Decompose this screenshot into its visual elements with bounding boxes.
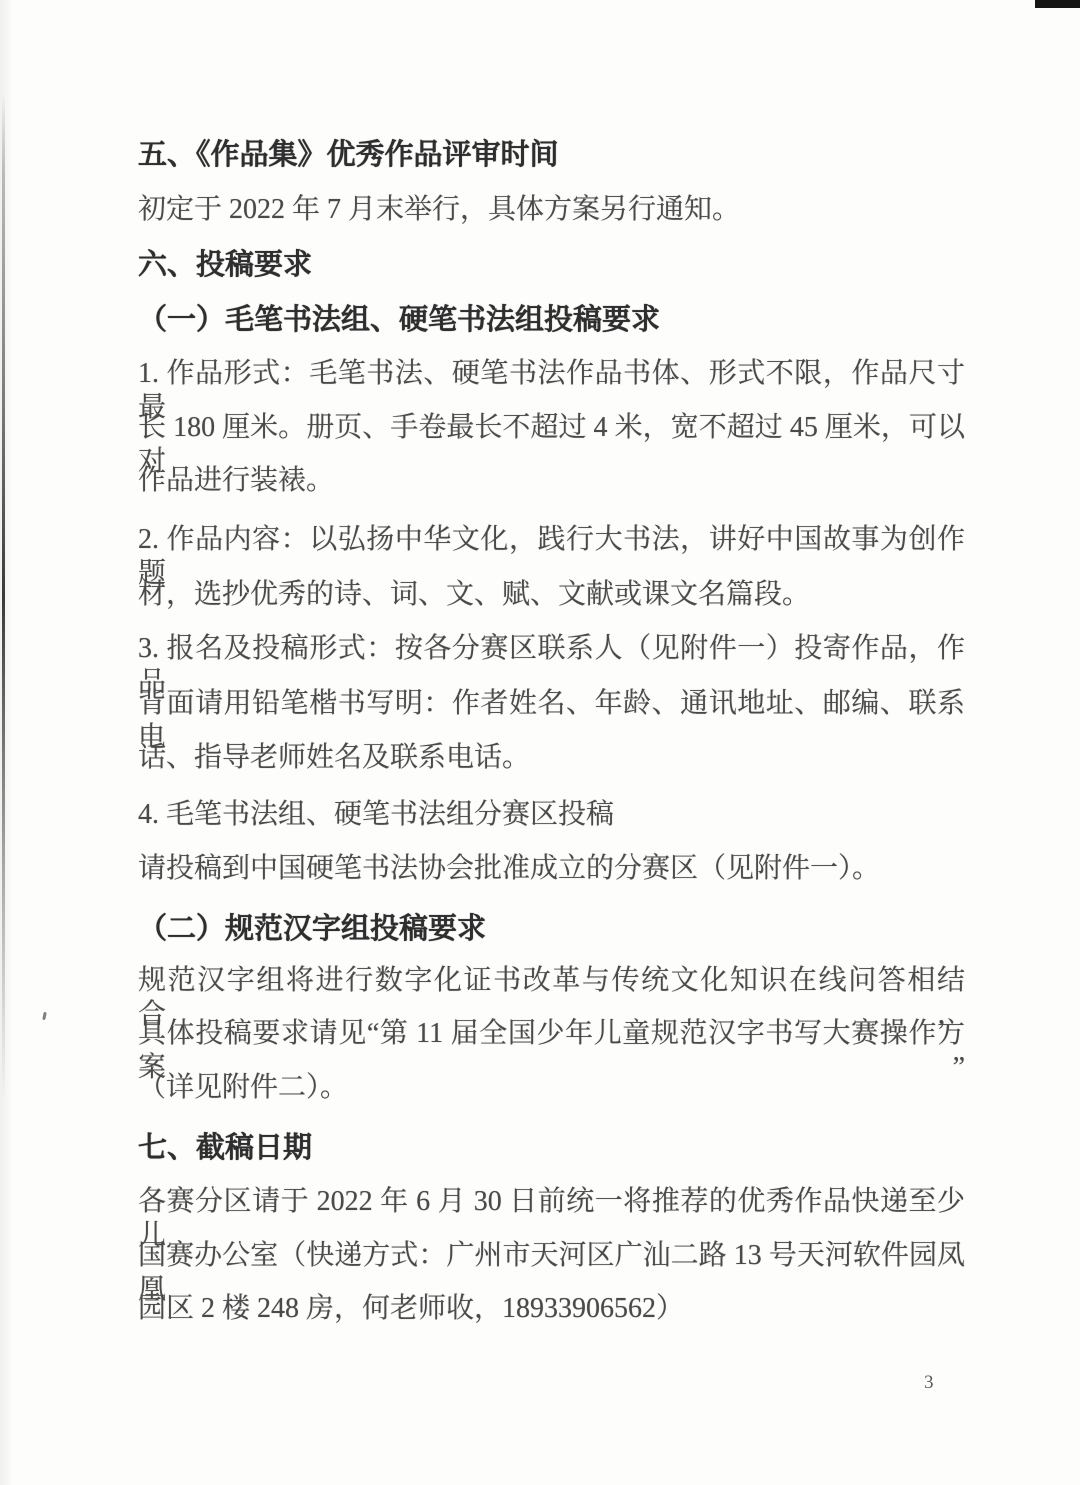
paragraph-line: 作品进行装裱。 bbox=[138, 464, 965, 498]
scan-corner-artifact bbox=[1035, 0, 1080, 8]
paragraph-line: 话、指导老师姓名及联系电话。 bbox=[138, 741, 965, 775]
subsection-heading: （一）毛笔书法组、硬笔书法组投稿要求 bbox=[138, 303, 965, 337]
paragraph-line: 4. 毛笔书法组、硬笔书法组分赛区投稿 bbox=[138, 798, 965, 832]
paragraph-line: 初定于 2022 年 7 月末举行，具体方案另行通知。 bbox=[138, 193, 965, 227]
paragraph-line: 园区 2 楼 248 房，何老师收，18933906562） bbox=[138, 1292, 965, 1326]
subsection-heading: （二）规范汉字组投稿要求 bbox=[138, 912, 965, 946]
scan-speck-artifact bbox=[42, 1012, 47, 1020]
section-heading: 六、投稿要求 bbox=[138, 248, 965, 282]
scan-edge-artifact bbox=[2, 92, 5, 1102]
section-heading: 七、截稿日期 bbox=[138, 1131, 965, 1165]
scanned-document-page: 五、《作品集》优秀作品评审时间 初定于 2022 年 7 月末举行，具体方案另行… bbox=[0, 0, 1080, 1485]
page-number: 3 bbox=[924, 1372, 934, 1394]
paragraph-line: 材，选抄优秀的诗、词、文、赋、文献或课文名篇段。 bbox=[138, 578, 965, 612]
paragraph-line: （详见附件二）。 bbox=[138, 1071, 965, 1105]
section-heading: 五、《作品集》优秀作品评审时间 bbox=[138, 138, 965, 172]
paragraph-line: 请投稿到中国硬笔书法协会批准成立的分赛区（见附件一）。 bbox=[138, 852, 965, 886]
